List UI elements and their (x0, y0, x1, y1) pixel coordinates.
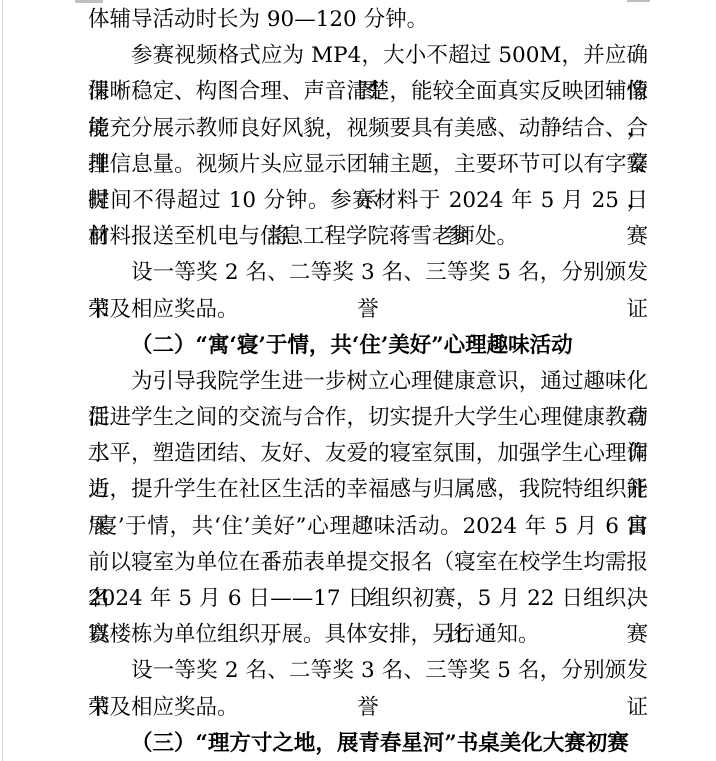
text-line: 时间不得超过 10 分钟。参赛材料于 2024 年 5 月 25 日前将参赛 (88, 183, 648, 219)
text-line: 设一等奖 2 名、二等奖 3 名、三等奖 5 名，分别颁发荣誉证 (88, 255, 648, 291)
document-page: 体辅导活动时长为 90—120 分钟。参赛视频格式应为 MP4，大小不超过 50… (0, 0, 716, 761)
text-line: 参赛视频格式应为 MP4，大小不超过 500M，并应确保图像 (88, 38, 648, 74)
text-line: 前以寝室为单位在番茄表单提交报名（寝室在校学生均需报名）， (88, 545, 648, 581)
page-left-edge-line (2, 0, 3, 761)
heading-line: （二）“寓‘寝’于情，共‘住’美好”心理趣味活动 (88, 328, 648, 364)
text-line: ‘寝’于情，共‘住’美好”心理趣味活动。2024 年 5 月 6 日 (88, 509, 648, 545)
text-line: 促进学生之间的交流与合作，切实提升大学生心理健康教育工作 (88, 400, 648, 436)
heading-line: （三）“理方寸之地，展青春星河”书桌美化大赛初赛 (88, 726, 648, 761)
text-line: 为引导我院学生进一步树立心理健康意识，通过趣味化活动 (88, 364, 648, 400)
text-line: 排信息量。视频片头应显示团辅主题，主要环节可以有字幕提示， (88, 147, 648, 183)
text-line: 2024 年 5 月 6 日——17 日组织初赛，5 月 22 日组织决赛，比赛 (88, 581, 648, 617)
text-line: 体辅导活动时长为 90—120 分钟。 (88, 2, 648, 38)
text-line: 清晰稳定、构图合理、声音清楚，能较全面真实反映团辅情境， (88, 74, 648, 110)
text-line: 水平，塑造团结、友好、友爱的寝室氛围，加强学生心理调适能 (88, 436, 648, 472)
text-line: 力，提升学生在社区生活的幸福感与归属感，我院特组织开展“寓 (88, 472, 648, 508)
text-line: 设一等奖 2 名、二等奖 3 名、三等奖 5 名，分别颁发荣誉证 (88, 653, 648, 689)
text-line: 能充分展示教师良好风貌，视频要具有美感、动静结合、合理安 (88, 111, 648, 147)
text-block[interactable]: 体辅导活动时长为 90—120 分钟。参赛视频格式应为 MP4，大小不超过 50… (88, 2, 648, 761)
